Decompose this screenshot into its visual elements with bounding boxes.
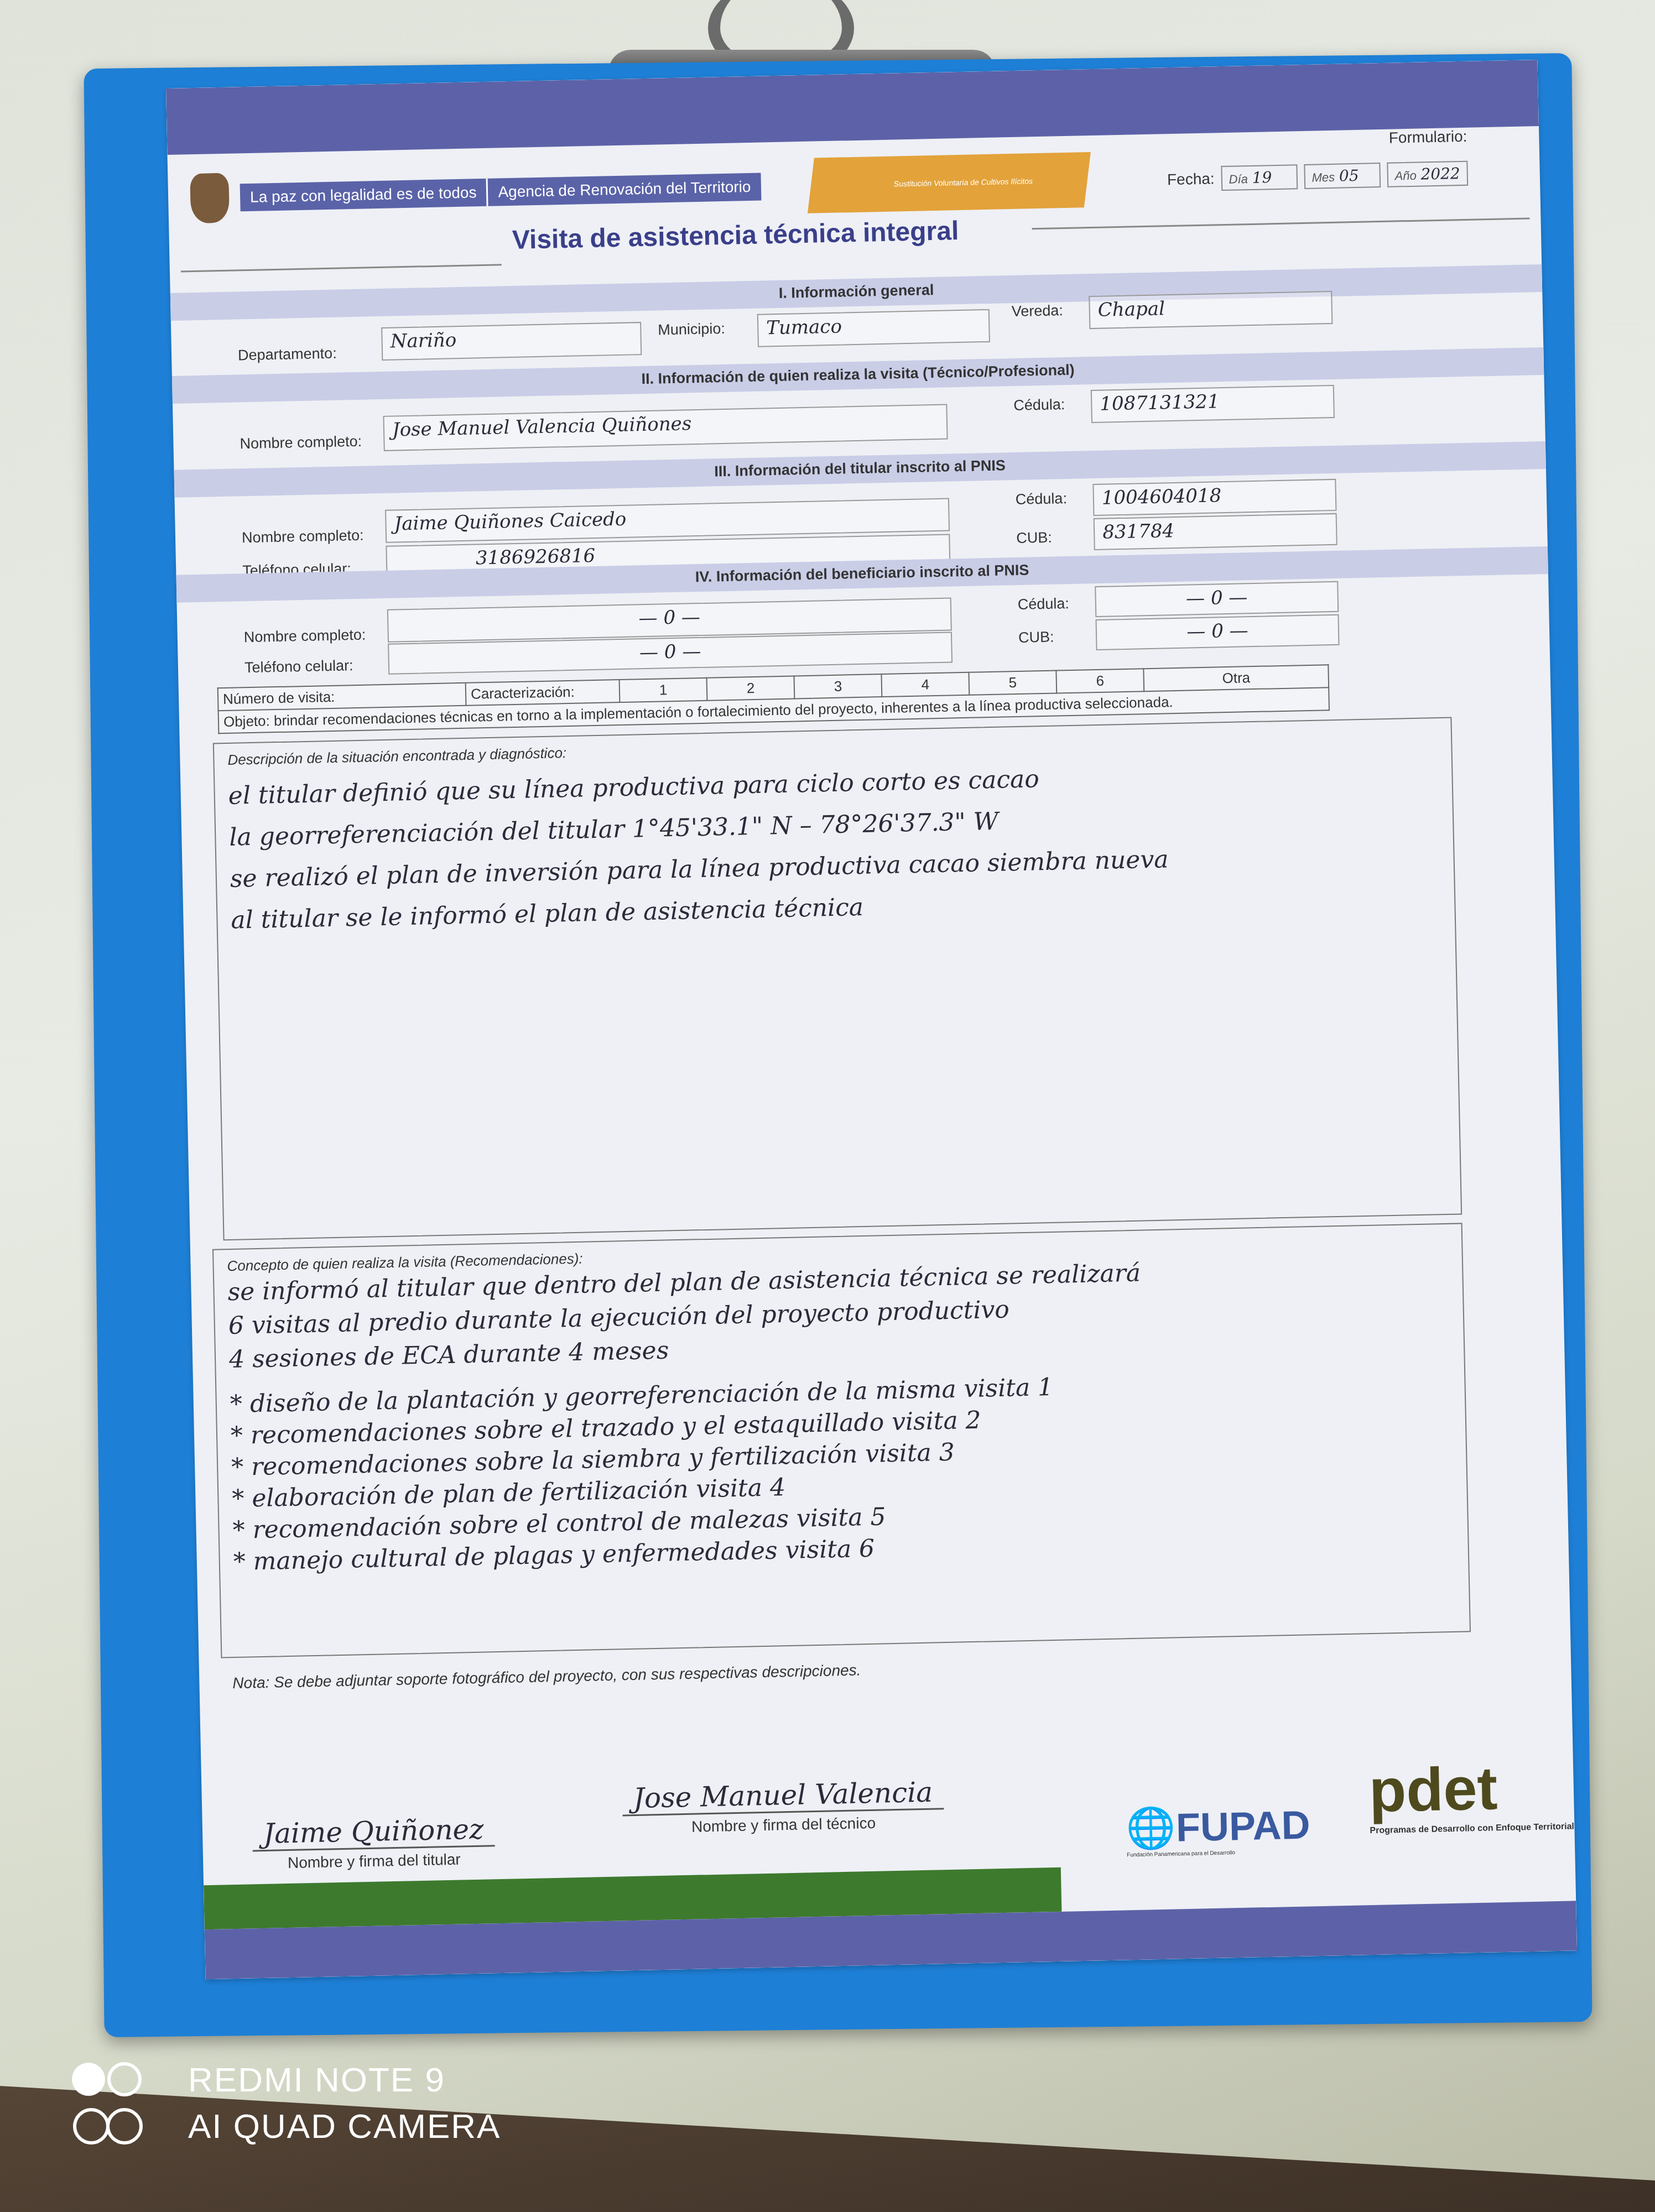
program-logo-text: Sustitución Voluntaria de Cultivos Ilíci… [893,176,1033,188]
visit-option-3[interactable]: 3 [794,674,882,698]
titular-cedula-field[interactable]: 1004604018 [1092,479,1336,516]
watermark-line-1: REDMI NOTE 9 [188,2057,501,2104]
municipio-field[interactable]: Tumaco [757,309,990,347]
titular-signature: Jaime Quiñonez [252,1813,496,1851]
formulario-label: Formulario: [1388,128,1467,147]
recomendaciones-area[interactable]: Concepto de quien realiza la visita (Rec… [212,1223,1471,1658]
pdet-logo-text: pdet [1368,1754,1498,1825]
beneficiario-cub-label: CUB: [1018,629,1054,646]
month-label: Mes [1311,170,1335,185]
agency-name: Agencia de Renovación del Territorio [486,173,761,206]
camera-logo-icon [69,2060,147,2148]
form-title: Visita de asistencia técnica integral [512,216,959,255]
vereda-label: Vereda: [1011,302,1063,320]
government-logo: La paz con legalidad es de todos Agencia… [240,173,761,211]
fecha-label: Fecha: [1167,170,1215,189]
titular-nombre-label: Nombre completo: [242,527,364,547]
beneficiario-cedula-label: Cédula: [1018,595,1070,613]
title-rule-left [181,264,502,272]
tecnico-nombre-label: Nombre completo: [240,433,362,453]
beneficiario-nombre-label: Nombre completo: [243,627,366,646]
title-rule-right [1032,217,1530,229]
month-value: 05 [1339,166,1359,185]
tecnico-signature-block[interactable]: Jose Manuel Valencia Nombre y firma del … [622,1776,944,1837]
watermark-line-2: AI QUAD CAMERA [188,2104,501,2150]
nota-text: Nota: Se debe adjuntar soporte fotográfi… [232,1661,861,1692]
tecnico-cedula-field[interactable]: 1087131321 [1091,385,1335,423]
visit-option-6[interactable]: 6 [1056,669,1144,693]
gov-slogan: La paz con legalidad es de todos [240,179,487,211]
date-month-field[interactable]: Mes 05 [1304,163,1381,189]
date-day-field[interactable]: Día 19 [1221,164,1298,191]
visit-option-4[interactable]: 4 [882,672,970,697]
day-label: Día [1229,172,1248,186]
year-value: 2022 [1420,164,1460,183]
year-label: Año [1394,169,1417,183]
visit-option-2[interactable]: 2 [707,676,795,700]
beneficiario-cedula-field[interactable]: — 0 — [1095,581,1339,617]
municipio-label: Municipio: [658,320,725,339]
date-year-field[interactable]: Año 2022 [1387,161,1468,187]
camera-watermark: REDMI NOTE 9 AI QUAD CAMERA [188,2057,501,2150]
fupad-logo: 🌐FUPAD Fundación Panamericana para el De… [1126,1801,1310,1858]
tecnico-cedula-label: Cédula: [1013,396,1065,414]
caracterizacion-option[interactable]: Caracterización: [466,680,620,706]
departamento-field[interactable]: Nariño [381,322,642,361]
beneficiario-cub-field[interactable]: — 0 — [1095,614,1339,650]
coat-of-arms-icon [190,173,230,223]
date-row: Fecha: Día 19 Mes 05 Año 2022 [1167,161,1469,192]
tecnico-nombre-field[interactable]: Jose Manuel Valencia Quiñones [383,404,948,451]
tecnico-signature: Jose Manuel Valencia [622,1776,944,1816]
form-sheet: La paz con legalidad es de todos Agencia… [166,60,1577,1979]
titular-cub-field[interactable]: 831784 [1094,513,1337,550]
globe-icon: 🌐 [1126,1806,1176,1851]
titular-signature-block[interactable]: Jaime Quiñonez Nombre y firma del titula… [252,1813,496,1872]
descripcion-area[interactable]: Descripción de la situación encontrada y… [213,717,1462,1241]
titular-signature-caption: Nombre y firma del titular [253,1850,496,1872]
program-logo: Sustitución Voluntaria de Cultivos Ilíci… [807,152,1090,213]
tecnico-signature-caption: Nombre y firma del técnico [623,1813,945,1837]
fupad-logo-text: FUPAD [1175,1803,1310,1850]
visit-option-1[interactable]: 1 [620,678,707,702]
day-value: 19 [1252,168,1272,187]
beneficiario-telefono-label: Teléfono celular: [244,657,353,676]
visit-option-otra[interactable]: Otra [1143,665,1329,691]
titular-cub-label: CUB: [1016,529,1052,547]
visit-option-5[interactable]: 5 [969,671,1057,695]
pdet-logo: pdet Programas de Desarrollo con Enfoque… [1368,1751,1575,1836]
header-logos: La paz con legalidad es de todos Agencia… [190,152,1087,226]
vereda-field[interactable]: Chapal [1089,291,1333,329]
titular-cedula-label: Cédula: [1016,490,1068,508]
departamento-label: Departamento: [238,345,337,364]
